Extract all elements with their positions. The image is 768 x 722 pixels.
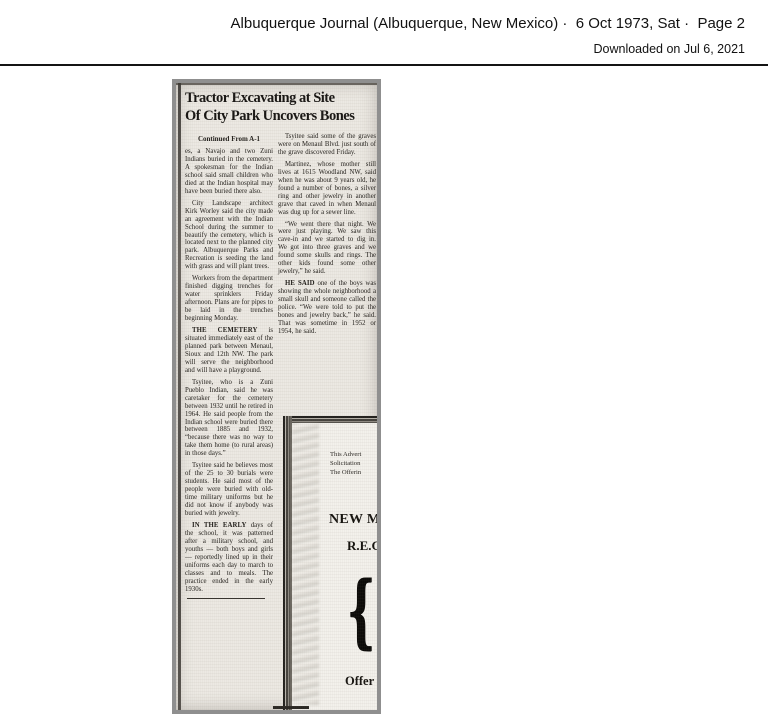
article-paragraph: Tsyitee said he believes most of the 25 … bbox=[185, 462, 273, 518]
ad-headline-2: R.E.C.. bbox=[347, 538, 377, 554]
article-paragraph: es, a Navajo and two Zuni Indians buried… bbox=[185, 148, 273, 196]
headline-line-2: Of City Park Uncovers Bones bbox=[185, 107, 377, 125]
page-header: Albuquerque Journal (Albuquerque, New Me… bbox=[0, 14, 745, 56]
article-column-left: Continued From A-1 es, a Navajo and two … bbox=[185, 133, 273, 710]
advertisement: This Advert Solicitation The Offerin NEW… bbox=[283, 416, 377, 710]
article-paragraph: Martinez, whose mother still lives at 16… bbox=[278, 161, 376, 217]
article-paragraph: “We went there that night. We were just … bbox=[278, 221, 376, 277]
source-citation: Albuquerque Journal (Albuquerque, New Me… bbox=[0, 14, 745, 34]
ad-frame-bottom-border bbox=[273, 706, 309, 709]
article-paragraph: Workers from the department finished dig… bbox=[185, 275, 273, 323]
headline-line-1: Tractor Excavating at Site bbox=[185, 89, 377, 107]
ad-disclaimer-line: Solicitation bbox=[330, 459, 361, 468]
article-paragraph: City Landscape architect Kirk Worley sai… bbox=[185, 200, 273, 272]
article-paragraph: HE SAID one of the boys was showing the … bbox=[278, 280, 376, 336]
article-headline: Tractor Excavating at Site Of City Park … bbox=[185, 89, 377, 125]
scan-left-edge bbox=[178, 83, 181, 710]
ad-disclaimer-line: This Advert bbox=[330, 450, 361, 459]
header-divider bbox=[0, 64, 768, 66]
article-paragraph: IN THE EARLY days of the school, it was … bbox=[185, 522, 273, 594]
ad-scan-smudge bbox=[292, 423, 319, 705]
ad-disclaimer-text: This Advert Solicitation The Offerin bbox=[330, 450, 361, 477]
ad-frame-left-border bbox=[283, 416, 292, 710]
article-paragraph: THE CEMETERY is situated immediately eas… bbox=[185, 327, 273, 375]
ad-brace-graphic: { bbox=[347, 572, 375, 648]
newspaper-clipping[interactable]: Tractor Excavating at Site Of City Park … bbox=[172, 79, 381, 714]
ad-headline-1: NEW M bbox=[329, 512, 377, 528]
ad-disclaimer-line: The Offerin bbox=[330, 468, 361, 477]
continued-from-crosshead: Continued From A-1 bbox=[185, 135, 273, 143]
downloaded-date: Downloaded on Jul 6, 2021 bbox=[0, 42, 745, 56]
ad-offer-text: Offer bbox=[345, 674, 374, 689]
ad-frame-top-border bbox=[283, 416, 377, 423]
clipping-scan: Tractor Excavating at Site Of City Park … bbox=[176, 83, 377, 710]
column-end-rule bbox=[187, 598, 265, 599]
article-paragraph: Tsyitee, who is a Zuni Pueblo Indian, sa… bbox=[185, 379, 273, 459]
scan-top-edge bbox=[176, 83, 377, 85]
article-paragraph: Tsyitee said some of the graves were on … bbox=[278, 133, 376, 157]
